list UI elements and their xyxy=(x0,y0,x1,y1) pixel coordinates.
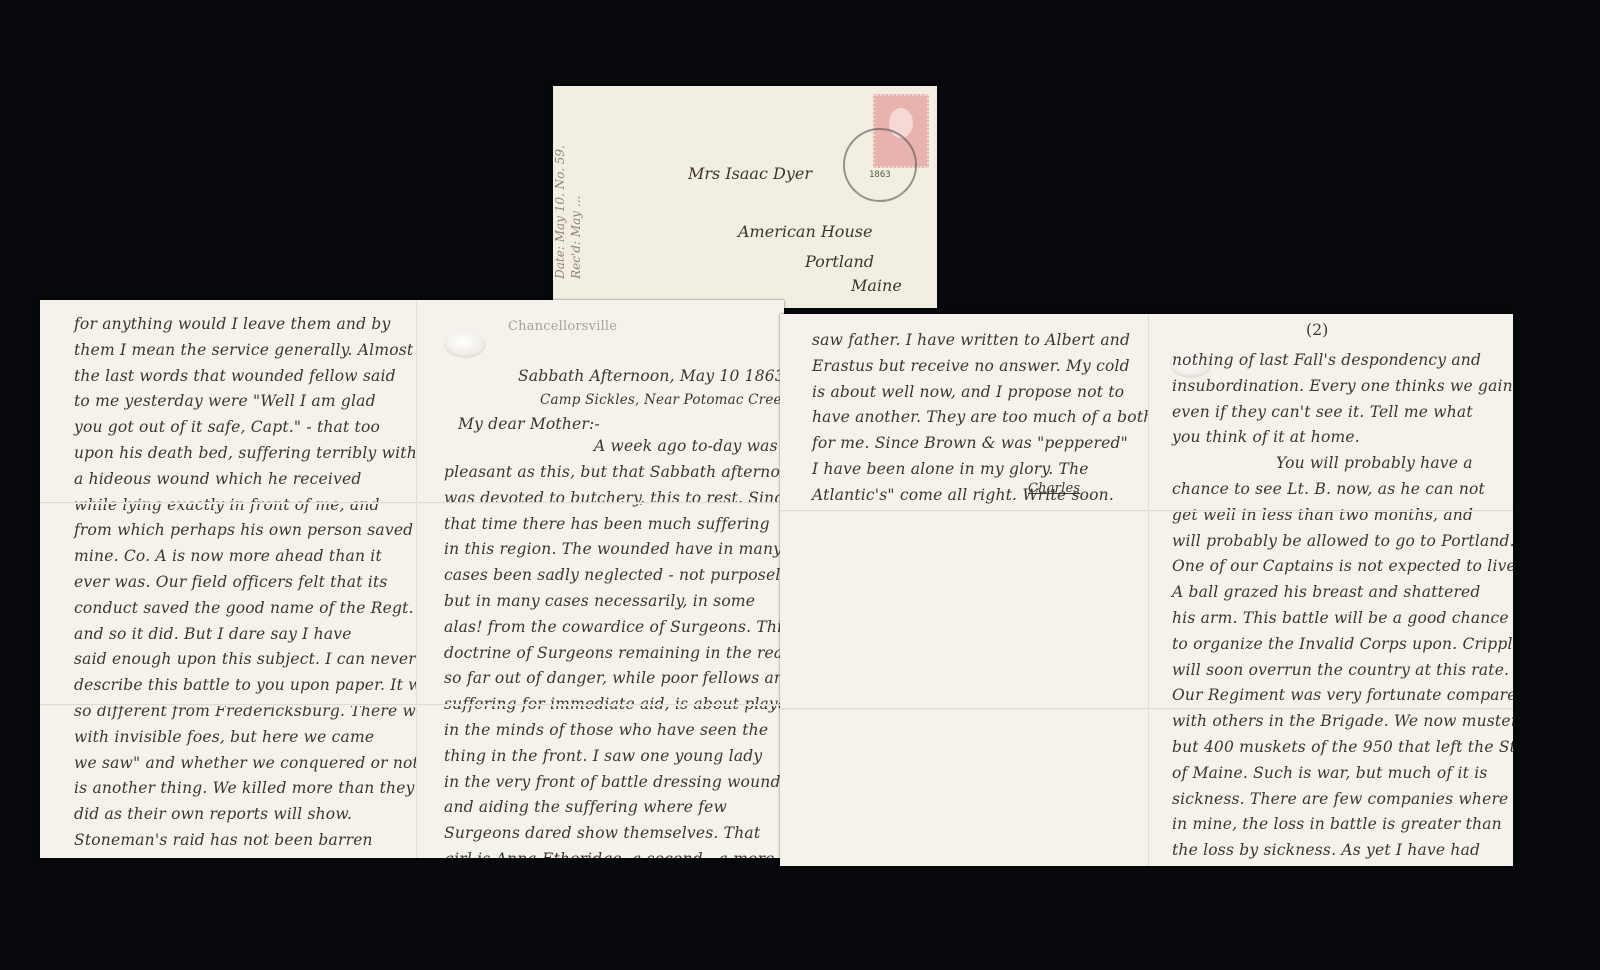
addressee-state: Maine xyxy=(851,276,902,295)
postmark-icon: 1863 xyxy=(843,128,917,202)
letter-salutation: My dear Mother:- xyxy=(458,412,600,438)
letter-page-two: (2) nothing of last Fall's despondency a… xyxy=(1150,314,1513,866)
letter-sheet-right: saw father. I have written to Albert and… xyxy=(780,314,1513,866)
letter-text-block: saw father. I have written to Albert and… xyxy=(812,328,1148,509)
letter-signature: Charles xyxy=(1028,476,1080,502)
pencil-note: Chancellorsville xyxy=(508,314,617,340)
letter-sheet-left: for anything would I leave them and by t… xyxy=(40,300,784,858)
envelope: 1863 Date: May 10. No. 59. Rec'd: May ..… xyxy=(553,86,937,308)
letter-text-block: for anything would I leave them and by t… xyxy=(74,312,416,858)
addressee-name: Mrs Isaac Dyer xyxy=(688,164,812,183)
horizontal-fold xyxy=(780,708,1513,710)
letter-text-block: nothing of last Fall's despondency and i… xyxy=(1172,348,1513,866)
envelope-docket: Date: May 10. No. 59. Rec'd: May ... xyxy=(552,145,584,279)
horizontal-fold xyxy=(40,502,784,504)
addressee-city: Portland xyxy=(805,252,874,271)
horizontal-fold xyxy=(40,704,784,706)
letter-page-last: saw father. I have written to Albert and… xyxy=(780,314,1148,866)
letter-text-block: pleasant as this, but that Sabbath after… xyxy=(444,460,784,858)
horizontal-fold xyxy=(780,510,1513,512)
addressee-hotel: American House xyxy=(738,222,872,241)
paper-emboss xyxy=(444,330,486,358)
letter-page-outer: for anything would I leave them and by t… xyxy=(40,300,416,858)
letter-page-first: Chancellorsville Sabbath Afternoon, May … xyxy=(418,300,784,858)
letter-location: Camp Sickles, Near Potomac Creek, Va. xyxy=(540,388,784,414)
letter-date: Sabbath Afternoon, May 10 1863. xyxy=(518,364,784,390)
page-number: (2) xyxy=(1306,318,1329,344)
